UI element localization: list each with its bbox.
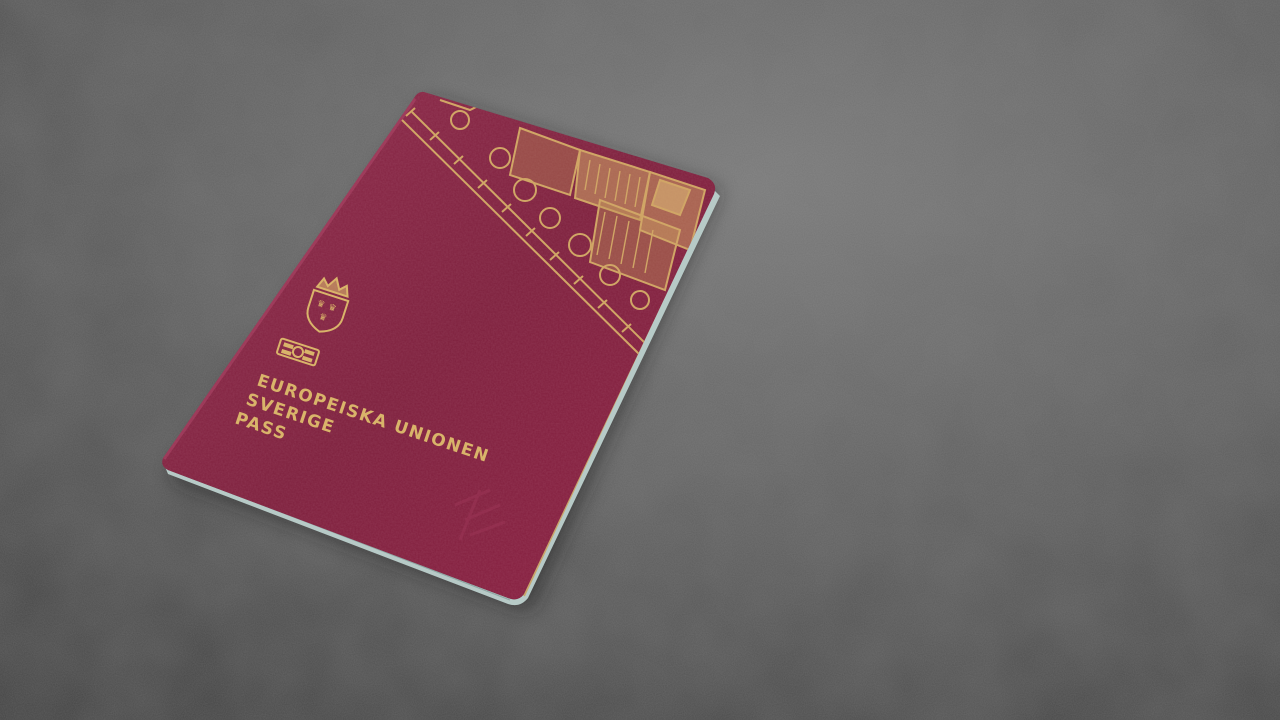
photo-scene: ♛ ♛ ♛ EUROPEISKA UNIONEN SVERIGE PASS <box>0 0 1280 720</box>
